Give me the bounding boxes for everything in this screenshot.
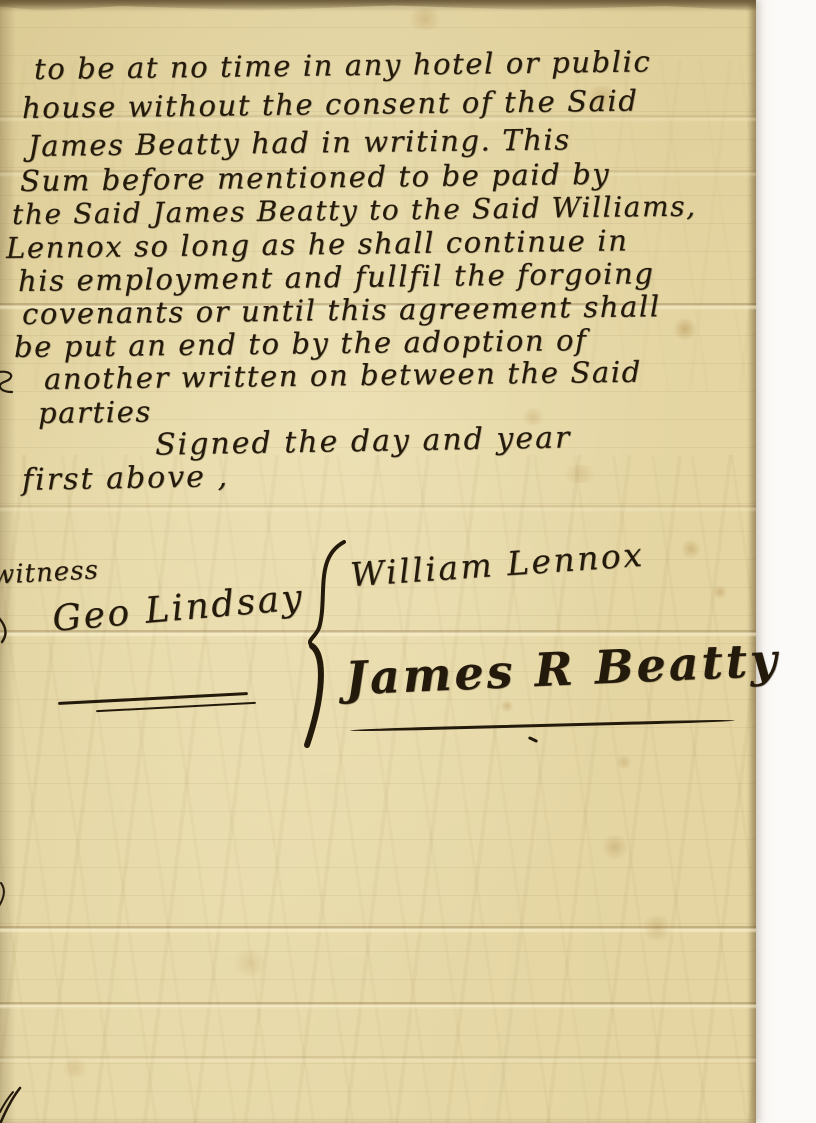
stain bbox=[640, 915, 674, 941]
scanner-background bbox=[754, 0, 816, 1123]
stain bbox=[230, 950, 270, 976]
fold-crease bbox=[0, 1002, 756, 1009]
signature-underline bbox=[350, 719, 735, 732]
signature-underline bbox=[58, 692, 248, 704]
fold-crease bbox=[0, 1056, 756, 1063]
paper-torn-top-edge bbox=[0, 0, 756, 11]
signature-pen-tick bbox=[528, 736, 538, 743]
edge-ink-mark bbox=[0, 882, 12, 908]
closing-line-2: first above , bbox=[22, 459, 230, 498]
stain bbox=[500, 700, 514, 712]
stain bbox=[615, 755, 633, 769]
stain bbox=[680, 540, 702, 558]
closing-line-1: Signed the day and year bbox=[155, 420, 572, 462]
edge-ink-mark bbox=[0, 368, 20, 398]
manuscript-line-1: to be at no time in any hotel or public bbox=[34, 44, 652, 86]
manuscript-line-3: James Beatty had in writing. This bbox=[28, 122, 571, 163]
edge-ink-mark bbox=[0, 616, 14, 644]
stain bbox=[560, 465, 600, 483]
signature-james-beatty: James R Beatty bbox=[344, 633, 781, 706]
document-scan: { "page": { "kind": "scanned handwritten… bbox=[0, 0, 816, 1123]
stain bbox=[60, 1058, 90, 1078]
signature-underline bbox=[96, 702, 256, 712]
paper-page: to be at no time in any hotel or public … bbox=[0, 0, 756, 1123]
stain bbox=[672, 318, 698, 340]
manuscript-line-10: another written on between the Said bbox=[44, 355, 642, 396]
stain bbox=[712, 585, 728, 599]
manuscript-line-11: parties bbox=[38, 395, 152, 430]
stain bbox=[600, 835, 630, 859]
edge-ink-mark bbox=[0, 1086, 24, 1123]
signature-william-lennox: William Lennox bbox=[349, 535, 645, 594]
fold-crease bbox=[0, 505, 756, 512]
witness-label: witness bbox=[0, 555, 100, 591]
signature-brace bbox=[292, 540, 352, 750]
witness-signature: Geo Lindsay bbox=[51, 577, 306, 640]
fold-crease bbox=[0, 926, 756, 933]
manuscript-line-2: house without the consent of the Said bbox=[22, 83, 639, 125]
stain bbox=[405, 8, 445, 30]
